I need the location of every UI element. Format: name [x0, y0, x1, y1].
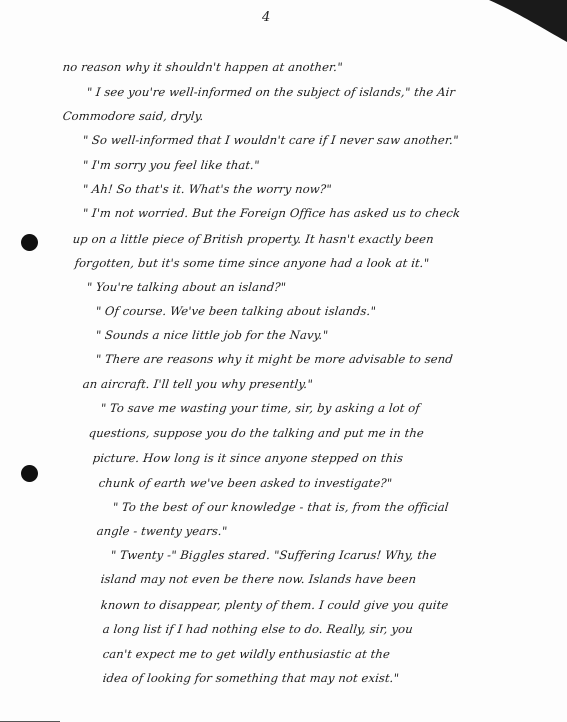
text-line: " To the best of our knowledge - that is… [112, 500, 449, 514]
text-line: " So well-informed that I wouldn't care … [82, 133, 459, 147]
page-number: 4 [262, 10, 270, 25]
text-line: questions, suppose you do the talking an… [88, 426, 425, 440]
text-line: " Of course. We've been talking about is… [95, 304, 377, 318]
text-line: " Twenty -" Biggles stared. "Suffering I… [110, 548, 437, 562]
text-line: " There are reasons why it might be more… [95, 352, 454, 366]
text-line: chunk of earth we've been asked to inves… [98, 476, 393, 490]
text-line: " You're talking about an island?" [86, 280, 287, 294]
text-line: " I'm sorry you feel like that." [82, 158, 260, 172]
binder-punch-hole [21, 465, 38, 482]
manuscript-page: 4 no reason why it shouldn't happen at a… [0, 0, 567, 722]
text-line: an aircraft. I'll tell you why presently… [82, 377, 313, 391]
text-line: idea of looking for something that may n… [102, 671, 400, 685]
text-line: Commodore said, dryly. [62, 109, 204, 123]
dark-corner-shape [437, 0, 567, 45]
text-line: picture. How long is it since anyone ste… [92, 451, 404, 465]
text-line: angle - twenty years." [96, 524, 228, 538]
text-line: a long list if I had nothing else to do.… [102, 622, 414, 636]
text-line: up on a little piece of British property… [72, 232, 434, 246]
text-line: " Sounds a nice little job for the Navy.… [95, 328, 329, 342]
text-line: " I'm not worried. But the Foreign Offic… [82, 206, 461, 220]
text-line: can't expect me to get wildly enthusiast… [102, 647, 391, 661]
text-line: no reason why it shouldn't happen at ano… [62, 60, 343, 74]
text-line: forgotten, but it's some time since anyo… [74, 256, 430, 270]
text-line: " I see you're well-informed on the subj… [86, 85, 456, 99]
text-line: known to disappear, plenty of them. I co… [100, 598, 449, 612]
text-line: island may not even be there now. Island… [100, 572, 417, 586]
text-line: " To save me wasting your time, sir, by … [100, 401, 421, 415]
binder-punch-hole [21, 234, 38, 251]
text-line: " Ah! So that's it. What's the worry now… [82, 182, 332, 196]
